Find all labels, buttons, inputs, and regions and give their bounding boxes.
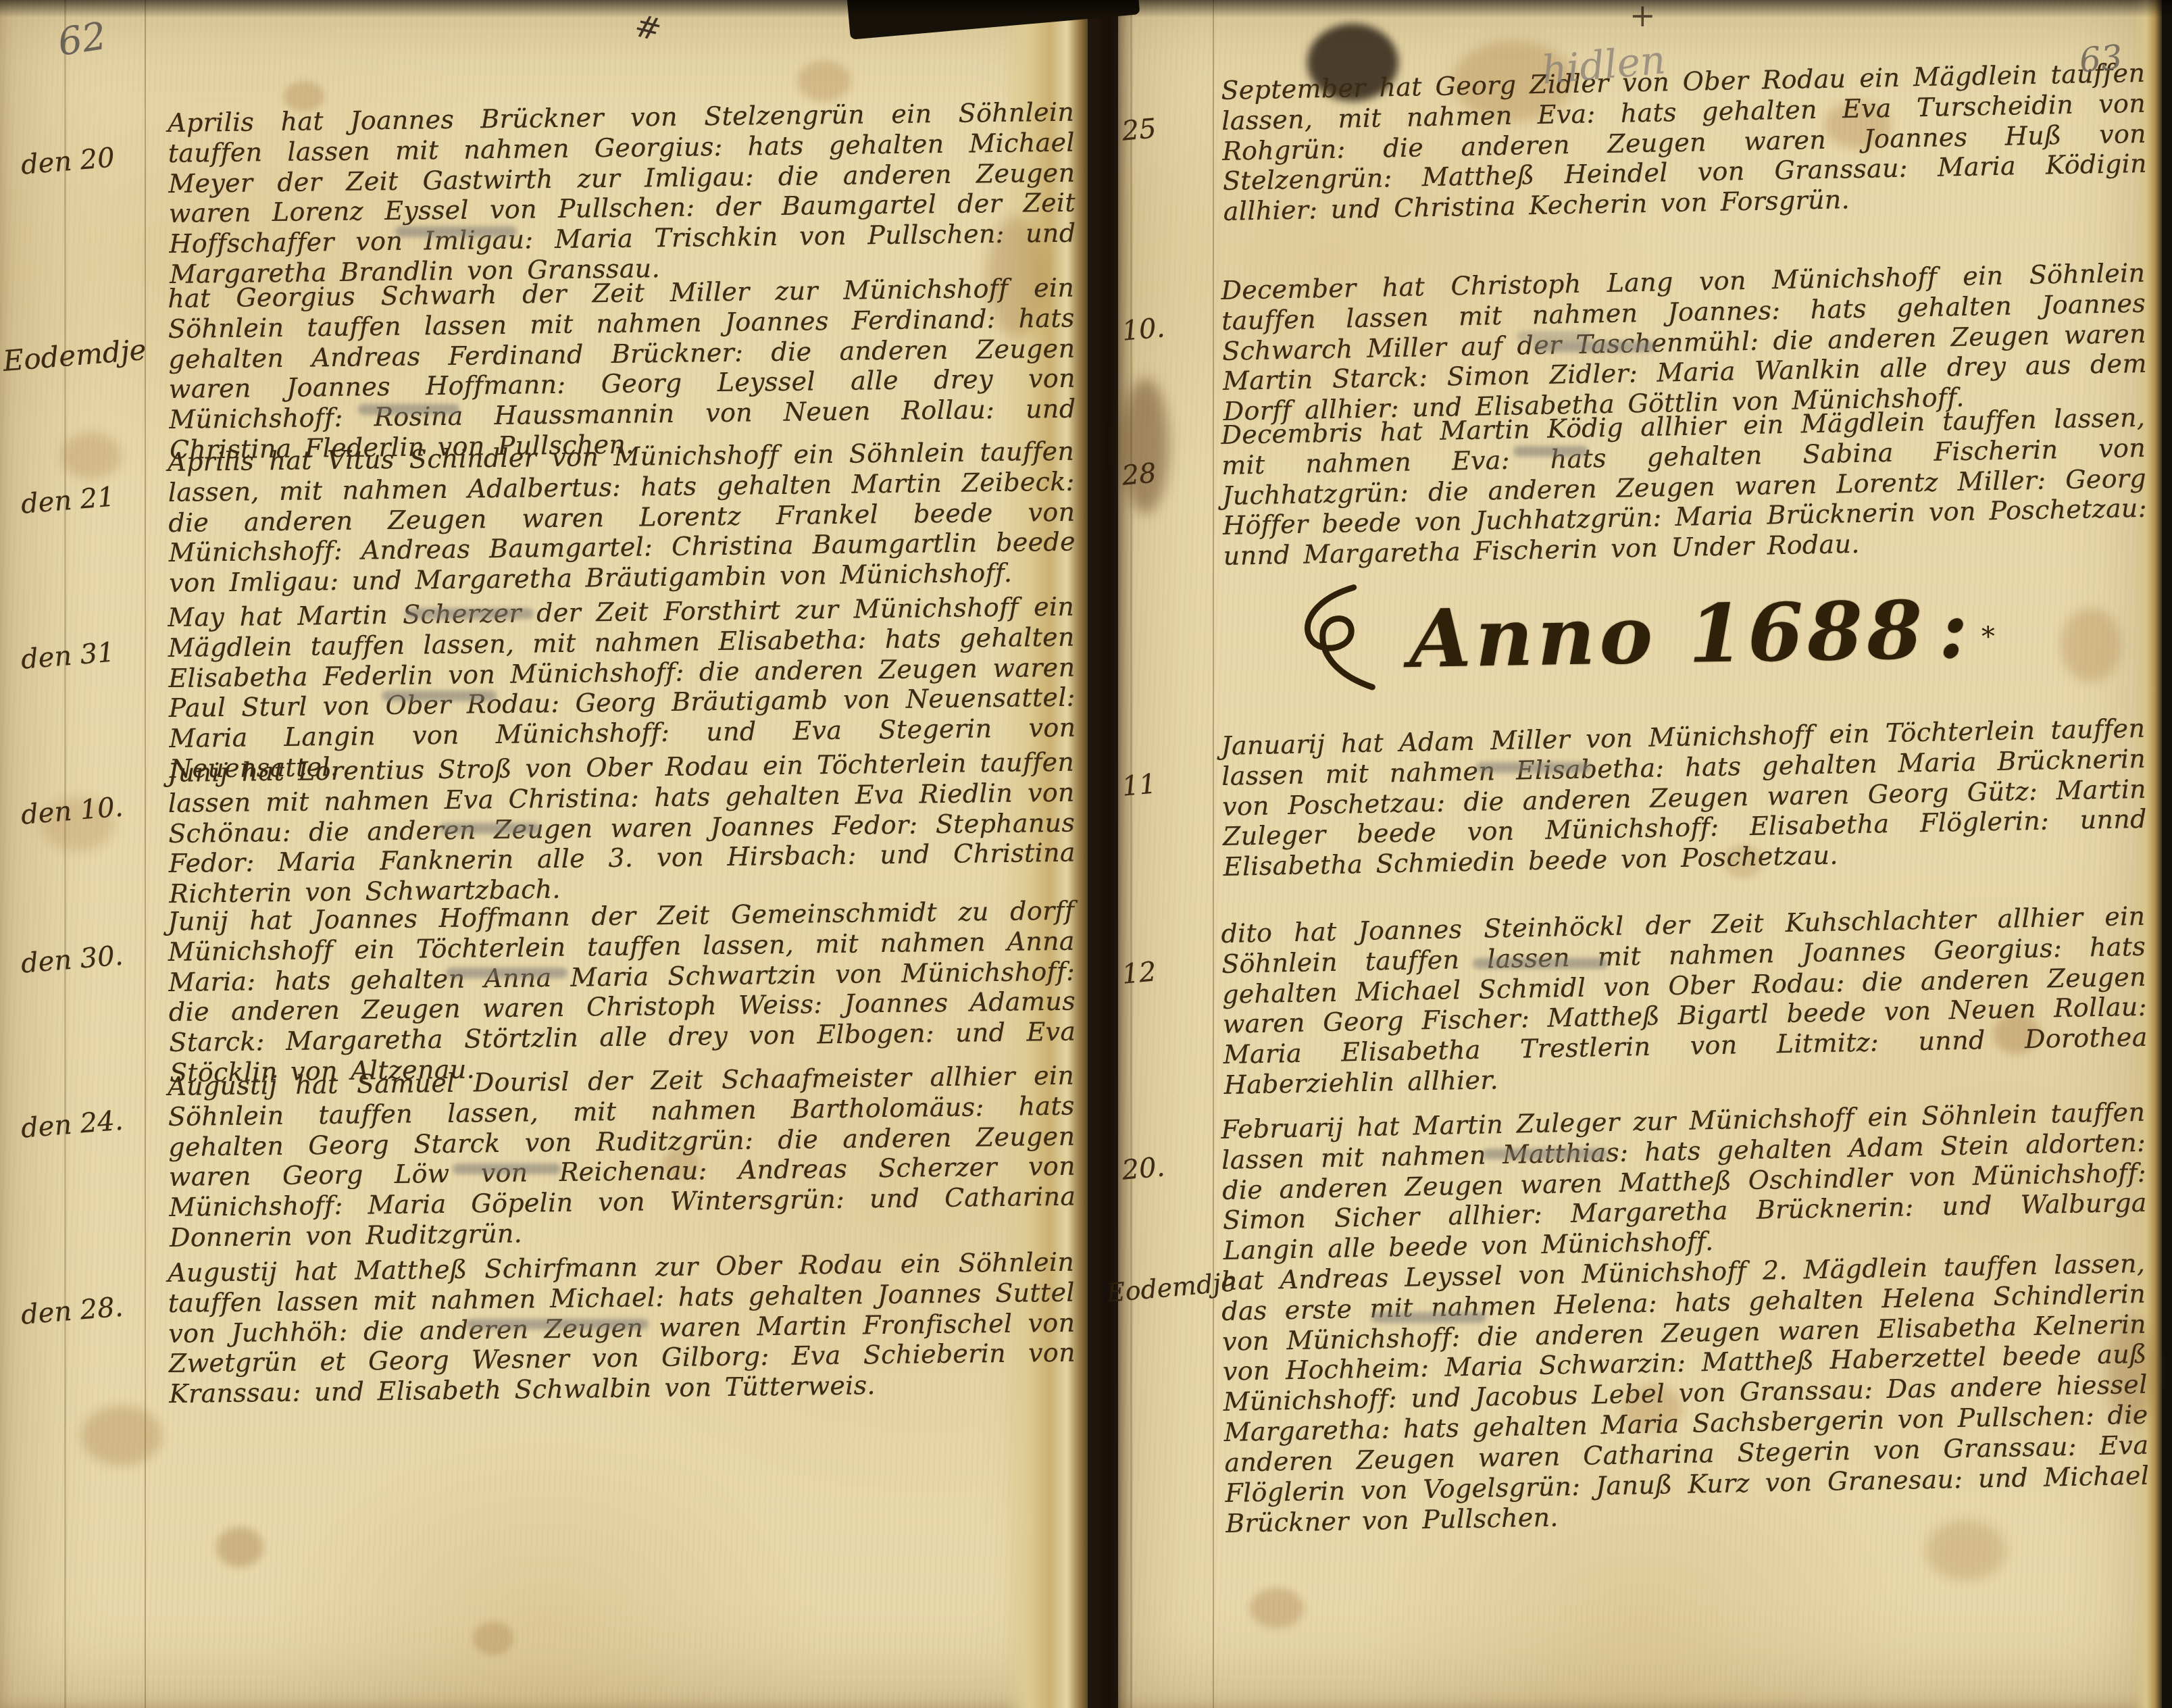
baptism-entry: 20. Februarij hat Martin Zuleger zur Mün…: [1221, 1097, 2148, 1266]
entry-text: Junij hat Lorentius Stroß von Ober Rodau…: [168, 747, 1076, 910]
page-number-left: 62: [55, 14, 109, 65]
entry-date: 10.: [1121, 307, 1218, 347]
right-page: 63 25 September hat Georg Zidler von Obe…: [1118, 0, 2162, 1708]
paper-crease: [64, 0, 66, 1708]
baptism-entry: 28 Decembris hat Martin Ködig allhier ei…: [1221, 403, 2148, 572]
baptism-entry: den 20 Aprilis hat Joannes Brückner von …: [168, 97, 1076, 290]
entry-date: den 31: [20, 633, 160, 676]
calligraphic-flourish-icon: [1290, 580, 1393, 699]
pencil-underline: [1513, 446, 1588, 457]
entry-date: den 10.: [20, 788, 160, 831]
stain: [1250, 1588, 1304, 1628]
top-edge-shadow: [0, 0, 2172, 18]
entry-date: den 30.: [20, 937, 160, 980]
stain: [61, 432, 122, 480]
stain: [81, 1405, 162, 1466]
entry-text: Aprilis hat Joannes Brückner von Stelzen…: [168, 97, 1076, 290]
year-heading-colon: :: [1938, 582, 1973, 676]
baptism-entry: 11 Januarij hat Adam Miller von Münichsh…: [1221, 713, 2148, 882]
pencil-underline: [405, 608, 534, 619]
entry-date: Eodemdje: [2, 333, 143, 378]
pencil-underline: [358, 404, 459, 415]
pencil-underline: [1476, 762, 1591, 773]
margin-rule: [1213, 0, 1214, 1708]
entry-text: Decembris hat Martin Ködig allhier ein M…: [1221, 403, 2148, 572]
pencil-underline: [1483, 1149, 1608, 1159]
entry-date: 11: [1121, 763, 1218, 802]
pencil-underline: [395, 226, 517, 237]
baptism-entry: den 30. Junij hat Joannes Hoffmann der Z…: [168, 896, 1076, 1088]
entry-text: Junij hat Joannes Hoffmann der Zeit Geme…: [168, 896, 1076, 1088]
baptism-entry: den 24. Augustij hat Samuel Dourisl der …: [168, 1061, 1076, 1253]
stain: [2061, 608, 2121, 682]
baptism-entry: den 21 Aprilis hat Vitus Schindler von M…: [168, 436, 1076, 599]
entry-text: Februarij hat Martin Zuleger zur Münichs…: [1221, 1097, 2148, 1266]
baptism-entry: Eodemdje hat Andreas Leyssel von Münichs…: [1221, 1249, 2150, 1539]
entry-text: dito hat Joannes Steinhöckl der Zeit Kuh…: [1221, 901, 2148, 1101]
entry-date: 12: [1121, 951, 1218, 990]
manuscript-spread: 62 # den 20 Aprilis hat Joannes Brückner…: [0, 0, 2172, 1708]
page-number-right: 63: [2078, 37, 2124, 80]
entry-date: den 24.: [20, 1102, 160, 1145]
entry-text: December hat Christoph Lang von Münichsh…: [1221, 258, 2148, 427]
stain: [216, 1527, 263, 1567]
book-gutter-shadow: [1069, 0, 1134, 1708]
pencil-underline: [439, 823, 540, 834]
baptism-entry: 25 September hat Georg Zidler von Ober R…: [1221, 58, 2148, 227]
pencil-underline: [1517, 331, 1591, 342]
entry-date: 25: [1121, 107, 1218, 147]
entry-text: September hat Georg Zidler von Ober Roda…: [1221, 58, 2148, 227]
entry-text: hat Andreas Leyssel von Münichshoff 2. M…: [1221, 1249, 2150, 1539]
baptism-entry: 10. December hat Christoph Lang von Müni…: [1221, 258, 2148, 427]
entry-date: den 21: [20, 478, 160, 520]
left-page: 62 # den 20 Aprilis hat Joannes Brückner…: [0, 0, 1088, 1708]
baptism-entry: Eodemdje hat Georgius Schwarh der Zeit M…: [168, 273, 1076, 466]
pencil-underline: [453, 1163, 561, 1174]
year-heading-text: Anno 1688: [1409, 582, 1927, 685]
baptism-entry: den 10. Junij hat Lorentius Stroß von Ob…: [168, 747, 1076, 910]
stain: [797, 61, 851, 101]
entry-text: Augustij hat Samuel Dourisl der Zeit Sch…: [168, 1061, 1076, 1253]
baptism-entry: 12 dito hat Joannes Steinhöckl der Zeit …: [1221, 901, 2148, 1101]
pencil-underline: [1534, 341, 1655, 352]
entry-text: Aprilis hat Vitus Schindler von Münichsh…: [168, 436, 1076, 599]
pencil-underline: [1371, 1312, 1486, 1323]
pencil-underline: [446, 968, 567, 978]
pencil-underline: [382, 690, 497, 701]
entry-date: den 20: [20, 139, 160, 181]
entry-text: Januarij hat Adam Miller von Münichshoff…: [1221, 713, 2148, 882]
stain: [473, 1622, 513, 1655]
stain: [1925, 1520, 2006, 1581]
entry-date: 20.: [1121, 1147, 1218, 1186]
year-heading: Anno 1688 : ⁎: [1290, 570, 1996, 699]
entry-text: hat Georgius Schwarh der Zeit Miller zur…: [168, 273, 1076, 466]
pencil-underline: [466, 1319, 649, 1330]
year-heading-star: ⁎: [1981, 620, 1995, 636]
entry-date: den 28.: [20, 1288, 160, 1331]
pencil-underline: [1473, 958, 1608, 969]
